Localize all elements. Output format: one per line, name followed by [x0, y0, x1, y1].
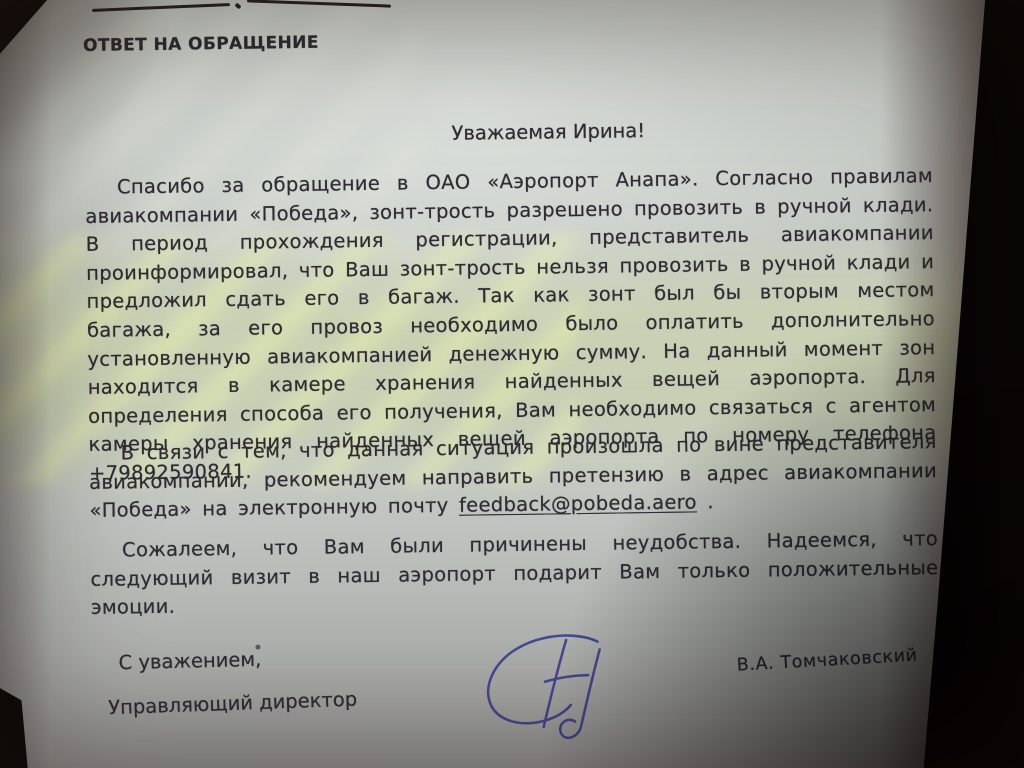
photo-vignette [0, 0, 1024, 768]
photo-frame: ОТВЕТ НА ОБРАЩЕНИЕ Уважаемая Ирина! Спас… [0, 0, 1024, 768]
